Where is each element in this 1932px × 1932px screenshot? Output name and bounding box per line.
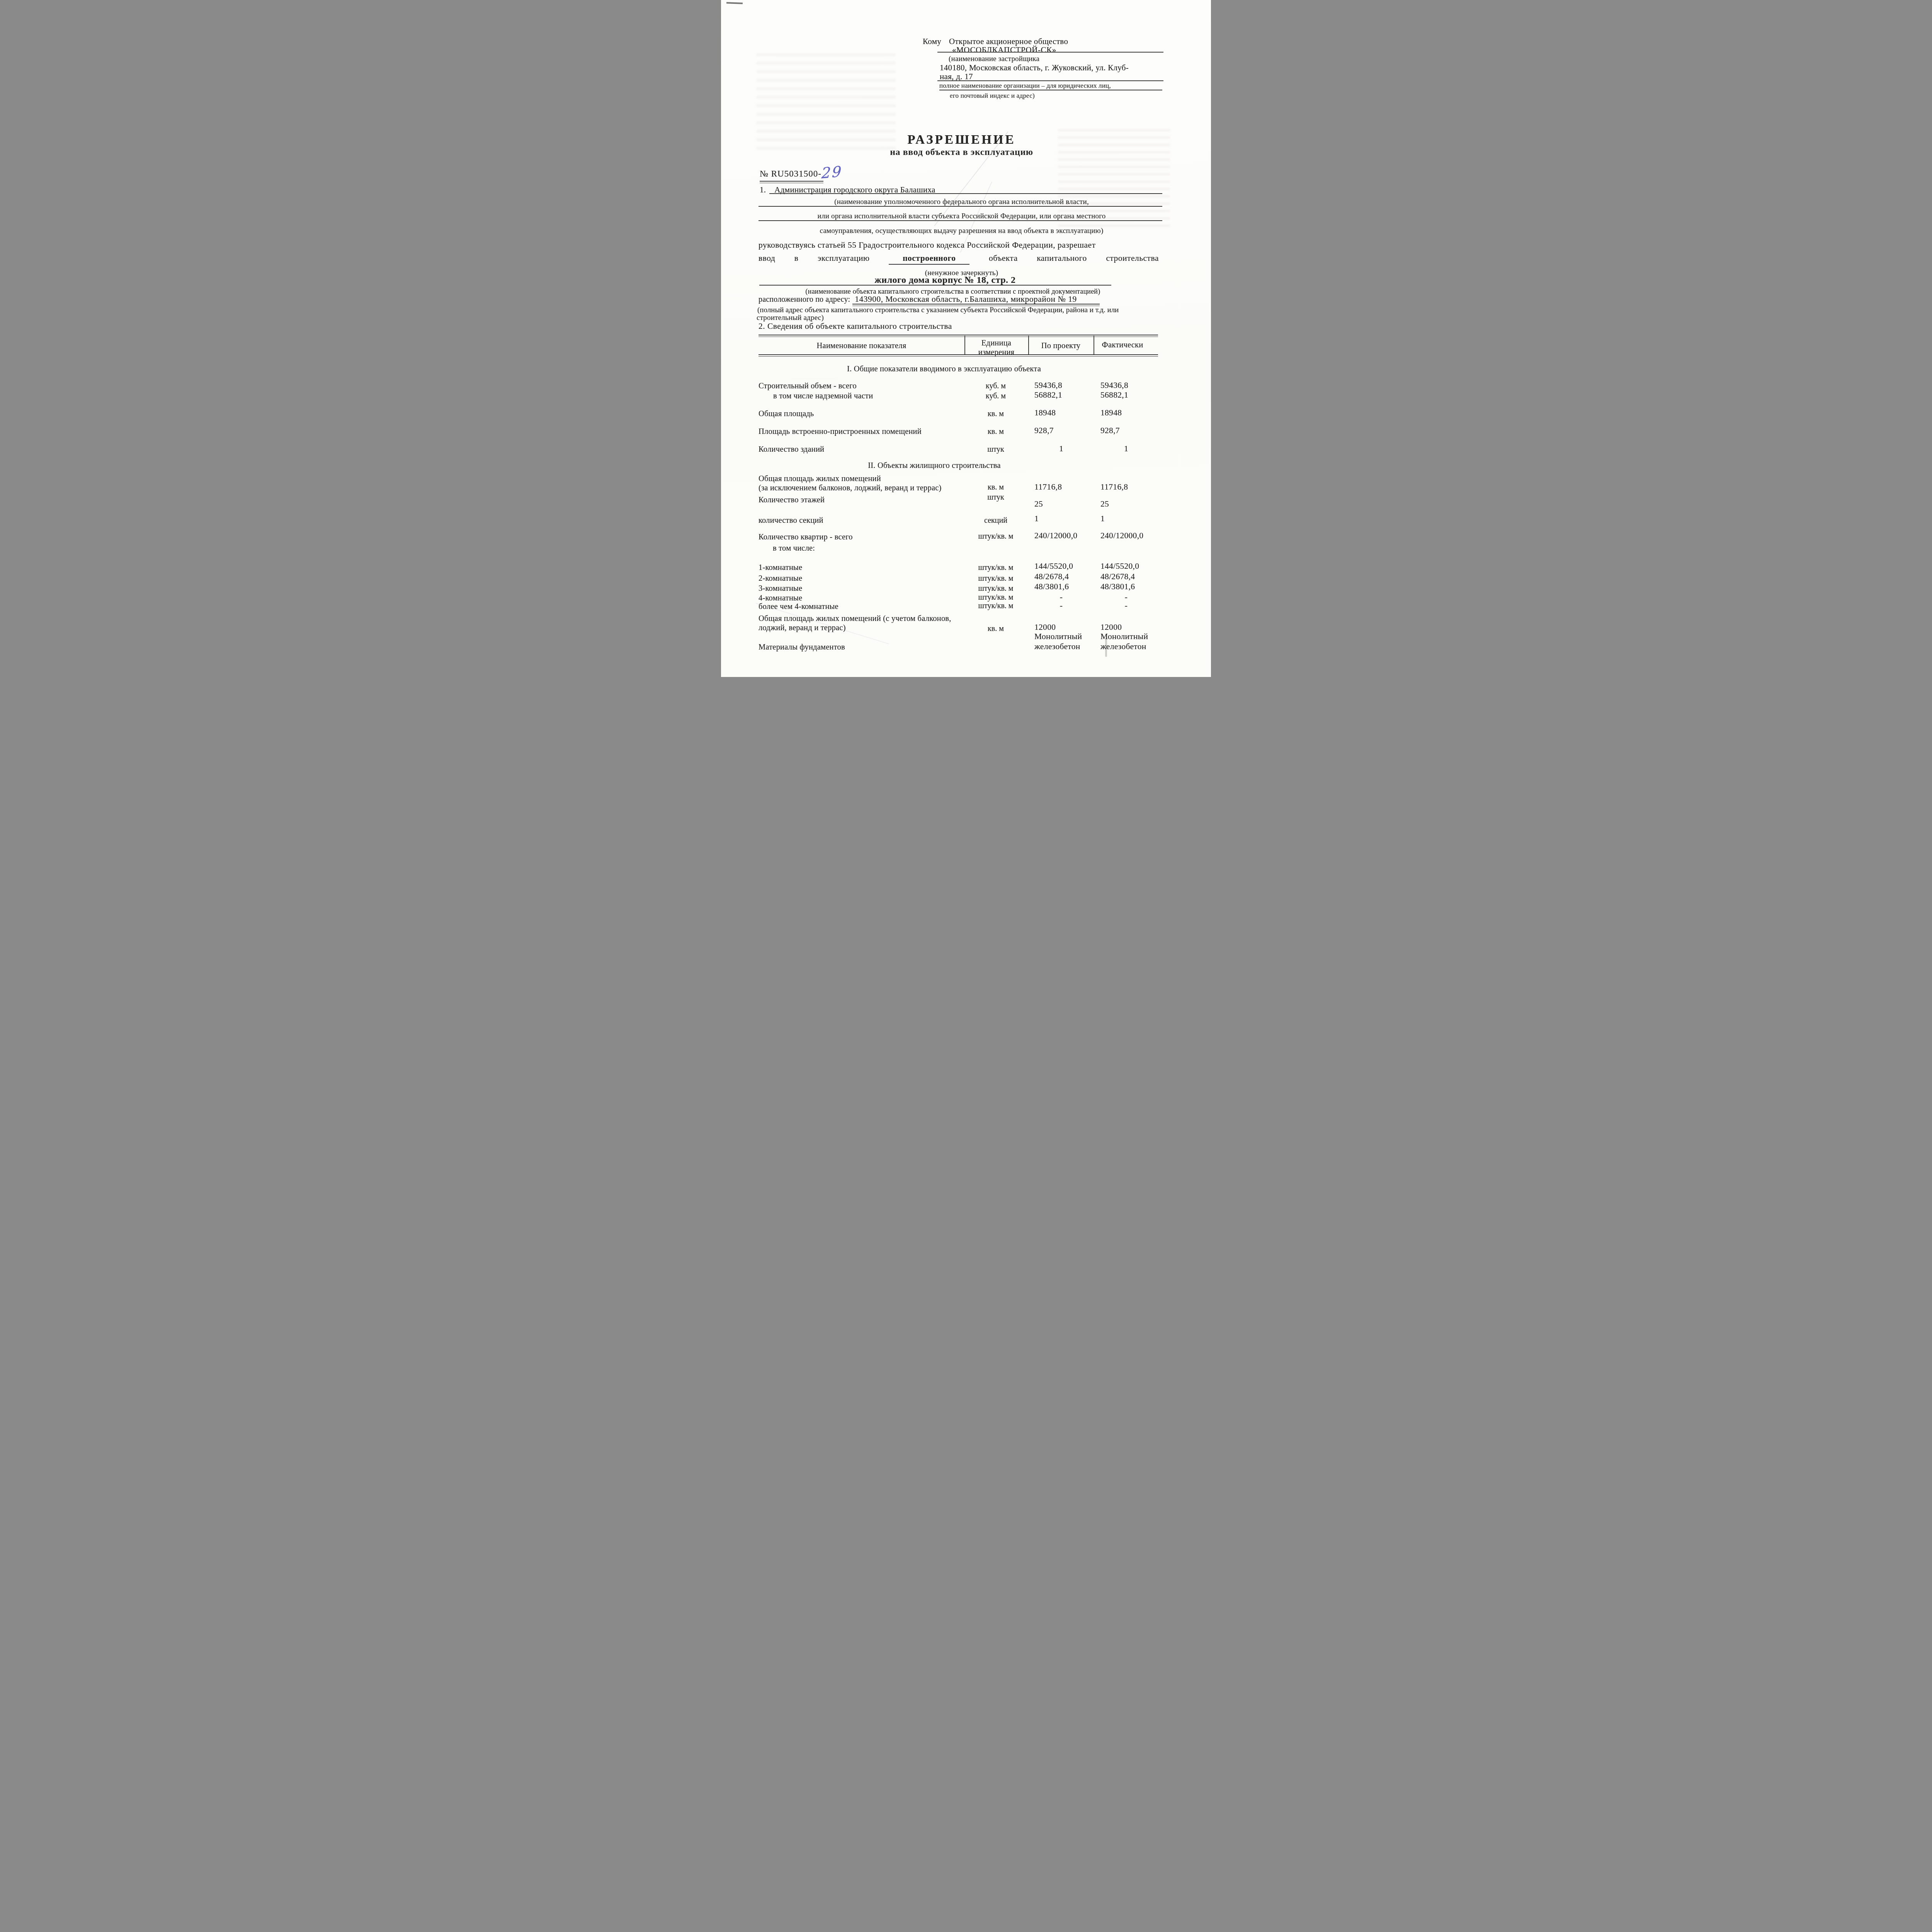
- row-label-line2: (за исключением балконов, лоджий, веранд…: [759, 484, 942, 493]
- word-obekta: объекта: [989, 253, 1018, 263]
- underline-permit-number: [760, 181, 823, 183]
- row-label: 1-комнатные: [759, 563, 802, 572]
- row-actual-value: -: [1094, 601, 1158, 611]
- row-unit: штук/кв. м: [964, 602, 1027, 611]
- row-label: Общая площадь: [759, 410, 814, 418]
- word-v: в: [794, 253, 799, 263]
- underline-issuer: [769, 193, 1162, 194]
- row-project-value: 240/12000,0: [1028, 531, 1094, 541]
- row-project-value: 18948: [1028, 408, 1094, 418]
- underline-addr: [937, 80, 1163, 81]
- caption-developer-name: (наименование застройщика: [949, 55, 1039, 63]
- table-top-border: [759, 335, 1158, 337]
- row-project-value: Монолитный железобетон: [1028, 631, 1082, 651]
- recipient-addr-line1: 140180, Московская область, г. Жуковский…: [940, 63, 1129, 73]
- recipient-to-label: Кому: [923, 37, 941, 46]
- row-unit: секций: [964, 516, 1027, 525]
- row-unit: штук/кв. м: [964, 584, 1027, 593]
- section2-title: 2. Сведения об объекте капитального стро…: [759, 321, 952, 331]
- table-header-bottom-border: [759, 354, 1158, 357]
- row-project-value: 12000: [1028, 622, 1094, 632]
- row-unit: кв. м: [964, 427, 1027, 436]
- row-project-value: 25: [1028, 499, 1094, 509]
- col-header-unit-line1: Единица: [964, 339, 1028, 348]
- row-actual-value: Монолитный железобетон: [1094, 631, 1148, 651]
- row-actual-value: 25: [1094, 499, 1158, 509]
- word-kapitalnogo: капитального: [1037, 253, 1087, 263]
- scanned-permit-page: КомуОткрытое акционерное общество «МОСОБ…: [721, 0, 1211, 677]
- underline-issuer-cap1: [759, 206, 1162, 207]
- row-actual-value: 144/5520,0: [1094, 561, 1158, 571]
- row-unit: штук/кв. м: [964, 593, 1027, 602]
- location-label: расположенного по адресу:: [759, 295, 850, 304]
- row-label: более чем 4-комнатные: [759, 602, 838, 611]
- row-project-value: 928,7: [1028, 426, 1094, 435]
- row-actual-value: 12000: [1094, 622, 1158, 632]
- row-unit: куб. м: [964, 392, 1027, 401]
- row-actual-value: 48/2678,4: [1094, 572, 1158, 582]
- row-actual-value: 928,7: [1094, 426, 1158, 435]
- row-label: 4-комнатные: [759, 594, 802, 603]
- row-label: Площадь встроенно-пристроенных помещений: [759, 427, 922, 436]
- col-header-actual: Фактически: [1094, 341, 1151, 350]
- issuer-caption3: самоуправления, осуществляющих выдачу ра…: [759, 227, 1165, 235]
- row-actual-value: 18948: [1094, 408, 1158, 418]
- row-project-value: 48/2678,4: [1028, 572, 1094, 582]
- commissioning-line: ввод в эксплуатацию построенного объекта…: [759, 253, 1159, 265]
- col-header-name: Наименование показателя: [759, 342, 964, 350]
- table-subgroup-label: в том числе:: [773, 544, 815, 553]
- row-actual-value: 11716,8: [1094, 482, 1158, 492]
- row-unit: кв. м: [964, 483, 1027, 492]
- row-label: 3-комнатные: [759, 584, 802, 593]
- location-caption1: (полный адрес объекта капитального строи…: [757, 306, 1119, 315]
- row-project-value: 48/3801,6: [1028, 582, 1094, 592]
- row-label-line2: лоджий, веранд и террас): [759, 624, 846, 633]
- issuer-caption1: (наименование уполномоченного федерально…: [759, 198, 1165, 206]
- caption-org-full-name: полное наименование организации – для юр…: [939, 82, 1111, 90]
- issuer-caption2: или органа исполнительной власти субъект…: [759, 212, 1165, 221]
- permit-number-label: № RU5031500-: [760, 169, 821, 179]
- row-unit: штук: [964, 445, 1027, 454]
- row-actual-value: 48/3801,6: [1094, 582, 1158, 592]
- word-ekspluatatsiyu: эксплуатацию: [818, 253, 870, 263]
- doc-subtitle: на ввод объекта в эксплуатацию: [759, 147, 1165, 158]
- row-actual-value: 59436,8: [1094, 381, 1158, 390]
- row-project-value: 11716,8: [1028, 482, 1094, 492]
- location-caption2: строительный адрес): [757, 314, 824, 322]
- row-label: Материалы фундаментов: [759, 643, 845, 652]
- row-actual-value: 1: [1094, 514, 1158, 524]
- row-actual-value: 240/12000,0: [1094, 531, 1158, 541]
- location-line: расположенного по адресу:143900, Московс…: [759, 294, 1077, 304]
- row-label: Количество зданий: [759, 445, 824, 454]
- underline-issuer-cap2: [759, 220, 1162, 221]
- row-label: Строительный объем - всего: [759, 382, 857, 391]
- word-postroennogo-underlined: построенного: [889, 253, 969, 265]
- col-header-project: По проекту: [1028, 342, 1094, 350]
- issuer-item-no: 1.: [760, 185, 766, 194]
- row-actual-value: 1: [1094, 444, 1158, 454]
- underline-org: [937, 52, 1163, 53]
- location-value: 143900, Московская область, г.Балашиха, …: [855, 294, 1077, 304]
- row-project-value: 1: [1028, 444, 1094, 454]
- row-label: в том числе надземной части: [773, 392, 873, 401]
- row-label: 2-комнатные: [759, 574, 802, 583]
- row-unit: куб. м: [964, 382, 1027, 391]
- underline-caption2: [939, 90, 1162, 90]
- row-unit: штук/кв. м: [964, 532, 1027, 541]
- row-unit: штук: [964, 493, 1027, 502]
- row-label: Количество этажей: [759, 496, 825, 505]
- underline-object-name: [759, 285, 1111, 286]
- row-project-value: 59436,8: [1028, 381, 1094, 390]
- row-label-line1: Общая площадь жилых помещений (с учетом …: [759, 614, 951, 623]
- row-project-value: 1: [1028, 514, 1094, 524]
- row-unit: штук/кв. м: [964, 563, 1027, 572]
- table-section2-heading: II. Объекты жилищного строительства: [735, 461, 1134, 470]
- row-actual-value: 56882,1: [1094, 390, 1158, 400]
- recipient-org-line2: «МОСОБЛКАПСТРОЙ-СК»: [952, 45, 1056, 55]
- word-stroitelstva: строительства: [1106, 253, 1159, 263]
- statute-line: руководствуясь статьей 55 Градостроитель…: [759, 240, 1096, 250]
- row-label: количество секций: [759, 516, 823, 525]
- scan-edge-mark: [726, 2, 743, 4]
- row-project-value: 56882,1: [1028, 390, 1094, 400]
- doc-title: РАЗРЕШЕНИЕ: [759, 133, 1165, 147]
- word-vvod: ввод: [759, 253, 775, 263]
- caption-postal: его почтовый индекс и адрес): [950, 92, 1035, 100]
- permit-number-handwritten: 29: [821, 163, 843, 182]
- table-section1-heading: I. Общие показатели вводимого в эксплуат…: [744, 365, 1144, 374]
- recipient-org-line1: Открытое акционерное общество: [949, 37, 1068, 46]
- row-unit: кв. м: [964, 410, 1027, 418]
- row-project-value: 144/5520,0: [1028, 561, 1094, 571]
- row-label: Количество квартир - всего: [759, 533, 853, 542]
- row-label-line1: Общая площадь жилых помещений: [759, 474, 881, 483]
- row-project-value: -: [1028, 601, 1094, 611]
- row-unit: штук/кв. м: [964, 574, 1027, 583]
- row-unit: кв. м: [964, 624, 1027, 633]
- object-name: жилого дома корпус № 18, стр. 2: [759, 275, 1132, 286]
